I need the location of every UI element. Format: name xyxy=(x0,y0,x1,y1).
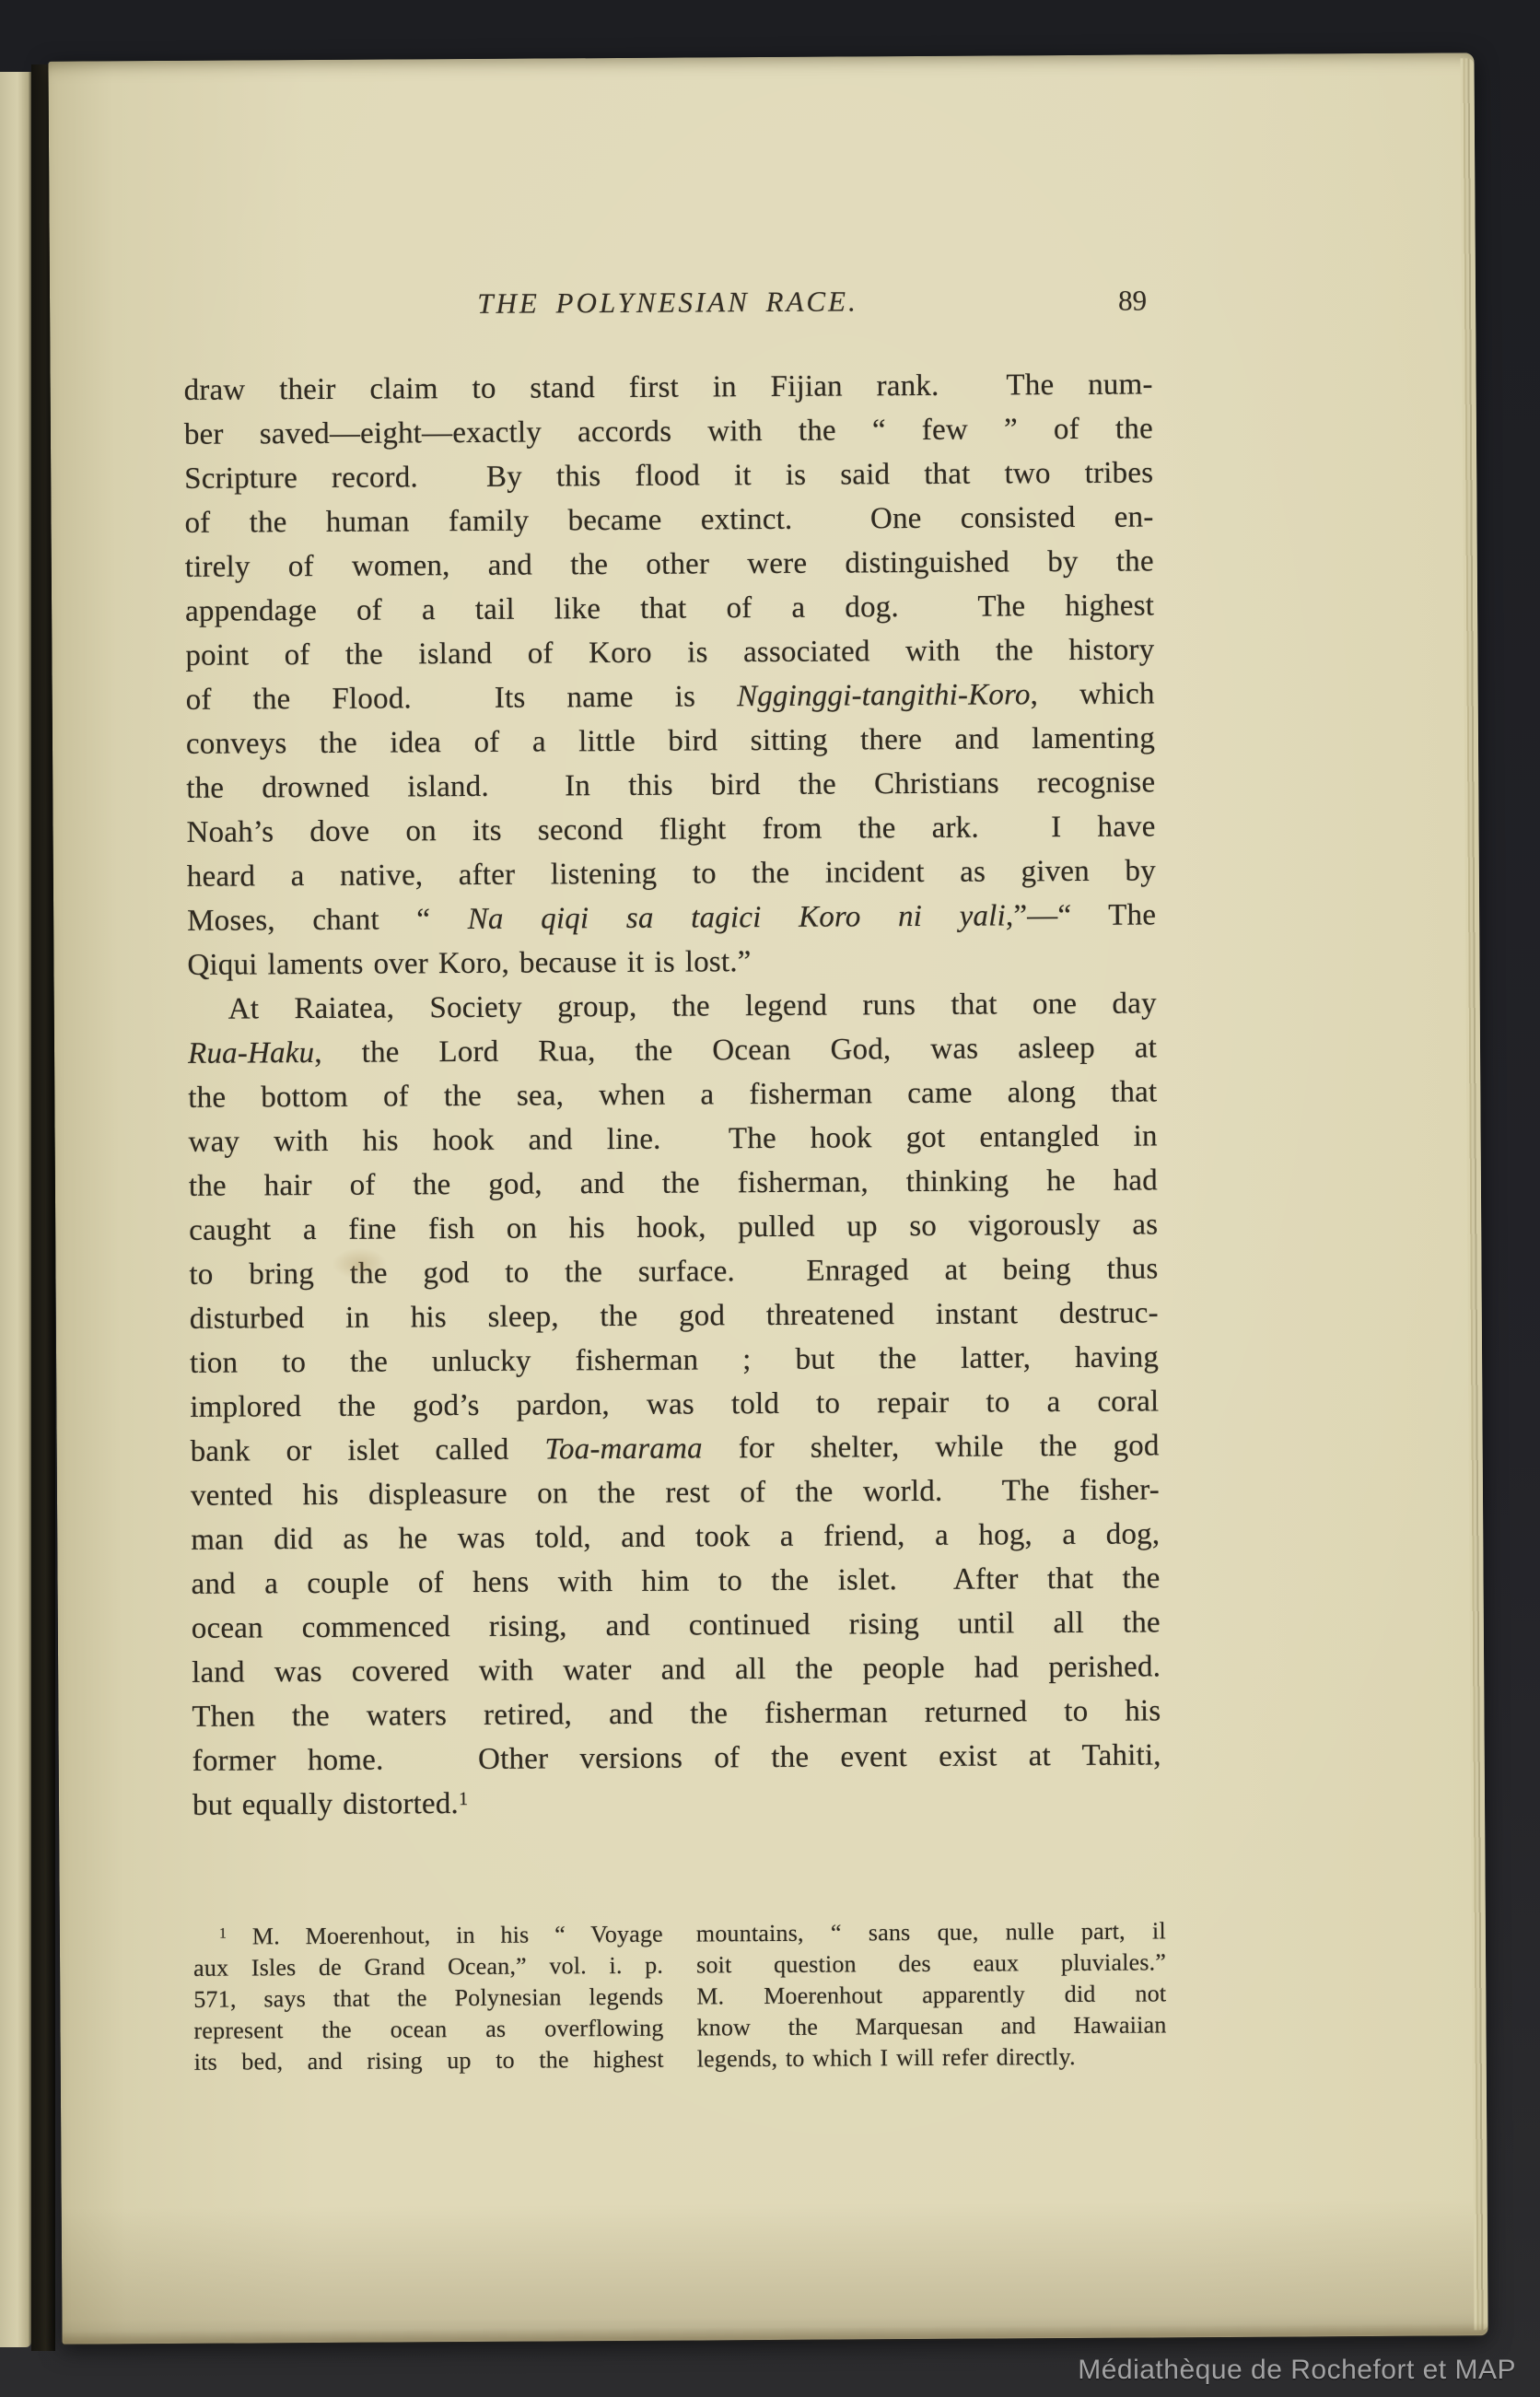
text-line: aux Isles de Grand Ocean,” vol. i. p. xyxy=(193,1950,663,1984)
page-bottom-edge xyxy=(62,2322,1487,2344)
watermark: Médiathèque de Rochefort et MAP xyxy=(1078,2355,1516,2386)
text-line: implored the god’s pardon, was told to r… xyxy=(190,1379,1159,1429)
text-line: 1 M. Moerenhout, in his “ Voyage xyxy=(193,1919,663,1953)
text-line: of the human family became extinct. One … xyxy=(184,495,1153,544)
footnote-column-left: 1 M. Moerenhout, in his “ Voyageaux Isle… xyxy=(193,1919,664,2078)
text-line: the hair of the god, and the fisherman, … xyxy=(189,1158,1158,1208)
text-line: disturbed in his sleep, the god threaten… xyxy=(190,1291,1159,1340)
text-line: the bottom of the sea, when a fisherman … xyxy=(188,1070,1157,1119)
footnote-column-right: mountains, “ sans que, nulle part, ilsoi… xyxy=(696,1915,1167,2075)
text-line: Moses, chant “ Na qiqi sa tagici Koro ni… xyxy=(187,893,1156,942)
text-line: ocean commenced rising, and continued ri… xyxy=(192,1600,1161,1650)
previous-page-edge xyxy=(0,72,31,2347)
text-line: point of the island of Koro is associate… xyxy=(185,627,1154,677)
text-line: but equally distorted.1 xyxy=(192,1777,1161,1827)
text-line: soit question des eaux pluviales.” xyxy=(696,1947,1166,1981)
text-line: the drowned island. In this bird the Chr… xyxy=(186,760,1155,810)
scan-background: THE POLYNESIAN RACE. 89 draw their claim… xyxy=(0,0,1540,2397)
text-line: M. Moerenhout apparently did not xyxy=(696,1978,1166,2012)
paper-stain xyxy=(332,1248,387,1280)
text-line: vented his displeasure on the rest of th… xyxy=(191,1467,1160,1517)
text-line: bank or islet called Toa-marama for shel… xyxy=(191,1423,1160,1473)
page-header: THE POLYNESIAN RACE. 89 xyxy=(183,283,1152,334)
text-line: Then the waters retired, and the fisherm… xyxy=(192,1689,1161,1738)
text-line: land was covered with water and all the … xyxy=(192,1644,1161,1694)
running-title: THE POLYNESIAN RACE. xyxy=(183,283,1152,322)
footnote: 1 M. Moerenhout, in his “ Voyageaux Isle… xyxy=(193,1915,1167,2077)
text-line: Qiqui laments over Koro, because it is l… xyxy=(187,937,1156,987)
text-line: tirely of women, and the other were dist… xyxy=(185,539,1154,589)
text-line: legends, to which I will refer directly. xyxy=(697,2040,1167,2075)
text-line: appendage of a tail like that of a dog. … xyxy=(185,583,1154,633)
text-line: 571, says that the Polynesian legends xyxy=(193,1982,663,2016)
text-line: Noah’s dove on its second flight from th… xyxy=(186,804,1155,854)
text-line: former home. Other versions of the event… xyxy=(192,1733,1161,1783)
text-line: its bed, and rising up to the highest xyxy=(194,2044,664,2078)
text-line: ber saved—eight—exactly accords with the… xyxy=(184,406,1153,456)
book-page: THE POLYNESIAN RACE. 89 draw their claim… xyxy=(48,53,1487,2344)
text-line: Rua-Haku, the Lord Rua, the Ocean God, w… xyxy=(188,1025,1157,1075)
text-line: way with his hook and line. The hook got… xyxy=(188,1114,1157,1163)
body-text: draw their claim to stand first in Fijia… xyxy=(183,362,1161,1827)
text-line: mountains, “ sans que, nulle part, il xyxy=(696,1915,1166,1949)
text-line: caught a fine fish on his hook, pulled u… xyxy=(189,1202,1158,1252)
text-line: heard a native, after listening to the i… xyxy=(187,848,1156,898)
text-line: and a couple of hens with him to the isl… xyxy=(191,1556,1160,1606)
text-line: man did as he was told, and took a frien… xyxy=(191,1512,1160,1561)
text-line: Scripture record. By this flood it is sa… xyxy=(184,450,1153,500)
text-line: tion to the unlucky fisherman ; but the … xyxy=(190,1335,1159,1385)
text-line: know the Marquesan and Hawaiian xyxy=(696,2009,1166,2043)
page-deckle-edge xyxy=(1460,58,1487,2330)
text-line: At Raiatea, Society group, the legend ru… xyxy=(188,981,1157,1031)
page-number: 89 xyxy=(1118,284,1147,317)
text-line: conveys the idea of a little bird sittin… xyxy=(186,716,1155,766)
text-line: draw their claim to stand first in Fijia… xyxy=(183,362,1152,412)
text-line: represent the ocean as overflowing xyxy=(193,2013,663,2047)
text-line: of the Flood. Its name is Ngginggi-tangi… xyxy=(186,672,1155,721)
